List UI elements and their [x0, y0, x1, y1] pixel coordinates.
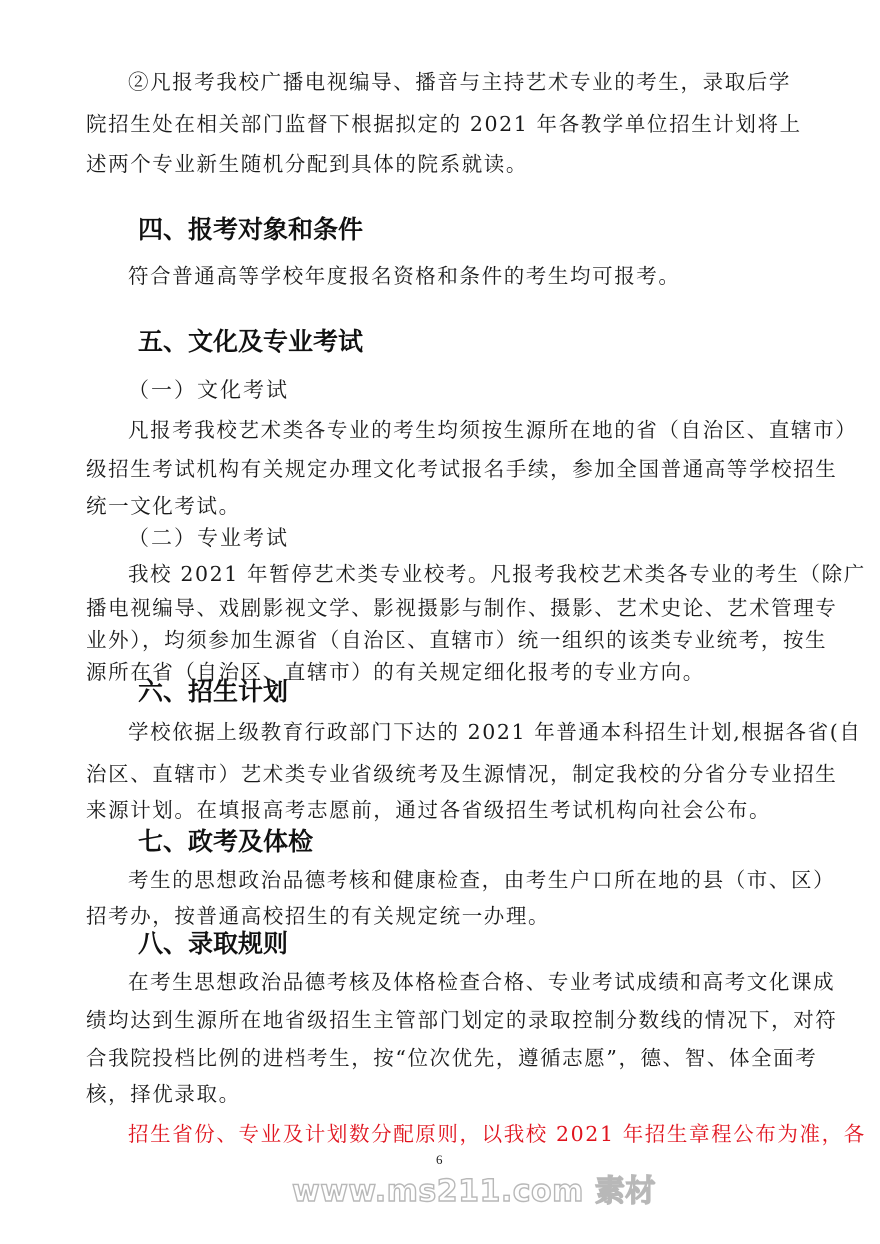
section-6-line-2: 治区、直辖市）艺术类专业省级统考及生源情况，制定我校的分省分专业招生: [86, 760, 806, 788]
section-6-line-3: 来源计划。在填报高考志愿前，通过各省级招生考试机构向社会公布。: [86, 796, 806, 824]
subsection-5-2-line-2: 播电视编导、戏剧影视文学、影视摄影与制作、摄影、艺术史论、艺术管理专: [86, 594, 806, 622]
section-7-line-2: 招考办，按普通高校招生的有关规定统一办理。: [86, 902, 806, 930]
section-8-line-1: 在考生思想政治品德考核及体格检查合格、专业考试成绩和高考文化课成: [128, 968, 806, 996]
section-6-line-1: 学校依据上级教育行政部门下达的 2021 年普通本科招生计划,根据各省(自: [128, 718, 806, 746]
section-8-line-2: 绩均达到生源所在地省级招生主管部门划定的录取控制分数线的情况下，对符: [86, 1006, 806, 1034]
section-5-heading: 五、文化及专业考试: [138, 326, 363, 358]
subsection-5-1-line-1: 凡报考我校艺术类各专业的考生均须按生源所在地的省（自治区、直辖市）: [128, 416, 806, 444]
subsection-5-1-heading: （一）文化考试: [128, 376, 289, 404]
intro-line-3: 述两个专业新生随机分配到具体的院系就读。: [86, 150, 806, 178]
section-7-heading: 七、政考及体检: [138, 826, 313, 858]
subsection-5-1-line-3: 统一文化考试。: [86, 492, 806, 520]
subsection-5-2-heading: （二）专业考试: [128, 524, 289, 552]
section-6-heading: 六、招生计划: [138, 676, 288, 708]
watermark: www.ms211.com 素材: [292, 1166, 656, 1210]
section-7-line-1: 考生的思想政治品德考核和健康检查，由考生户口所在地的县（市、区）: [128, 866, 806, 894]
subsection-5-2-line-3: 业外），均须参加生源省（自治区、直辖市）统一组织的该类专业统考，按生: [86, 626, 806, 654]
intro-line-1: ②凡报考我校广播电视编导、播音与主持艺术专业的考生，录取后学: [128, 68, 806, 96]
section-4-text: 符合普通高等学校年度报名资格和条件的考生均可报考。: [128, 262, 806, 290]
section-8-line-4: 核，择优录取。: [86, 1080, 806, 1108]
section-8-heading: 八、录取规则: [138, 928, 288, 960]
document-page: ②凡报考我校广播电视编导、播音与主持艺术专业的考生，录取后学 院招生处在相关部门…: [0, 0, 880, 1244]
intro-line-2: 院招生处在相关部门监督下根据拟定的 2021 年各教学单位招生计划将上: [86, 110, 806, 138]
section-8-line-3: 合我院投档比例的进档考生，按“位次优先，遵循志愿”，德、智、体全面考: [86, 1044, 806, 1072]
section-4-heading: 四、报考对象和条件: [138, 214, 363, 246]
subsection-5-2-line-1: 我校 2021 年暂停艺术类专业校考。凡报考我校艺术类各专业的考生（除广: [128, 560, 806, 588]
subsection-5-1-line-2: 级招生考试机构有关规定办理文化考试报名手续，参加全国普通高等学校招生: [86, 455, 806, 483]
section-8-notice: 招生省份、专业及计划数分配原则，以我校 2021 年招生章程公布为准，各: [128, 1120, 806, 1148]
